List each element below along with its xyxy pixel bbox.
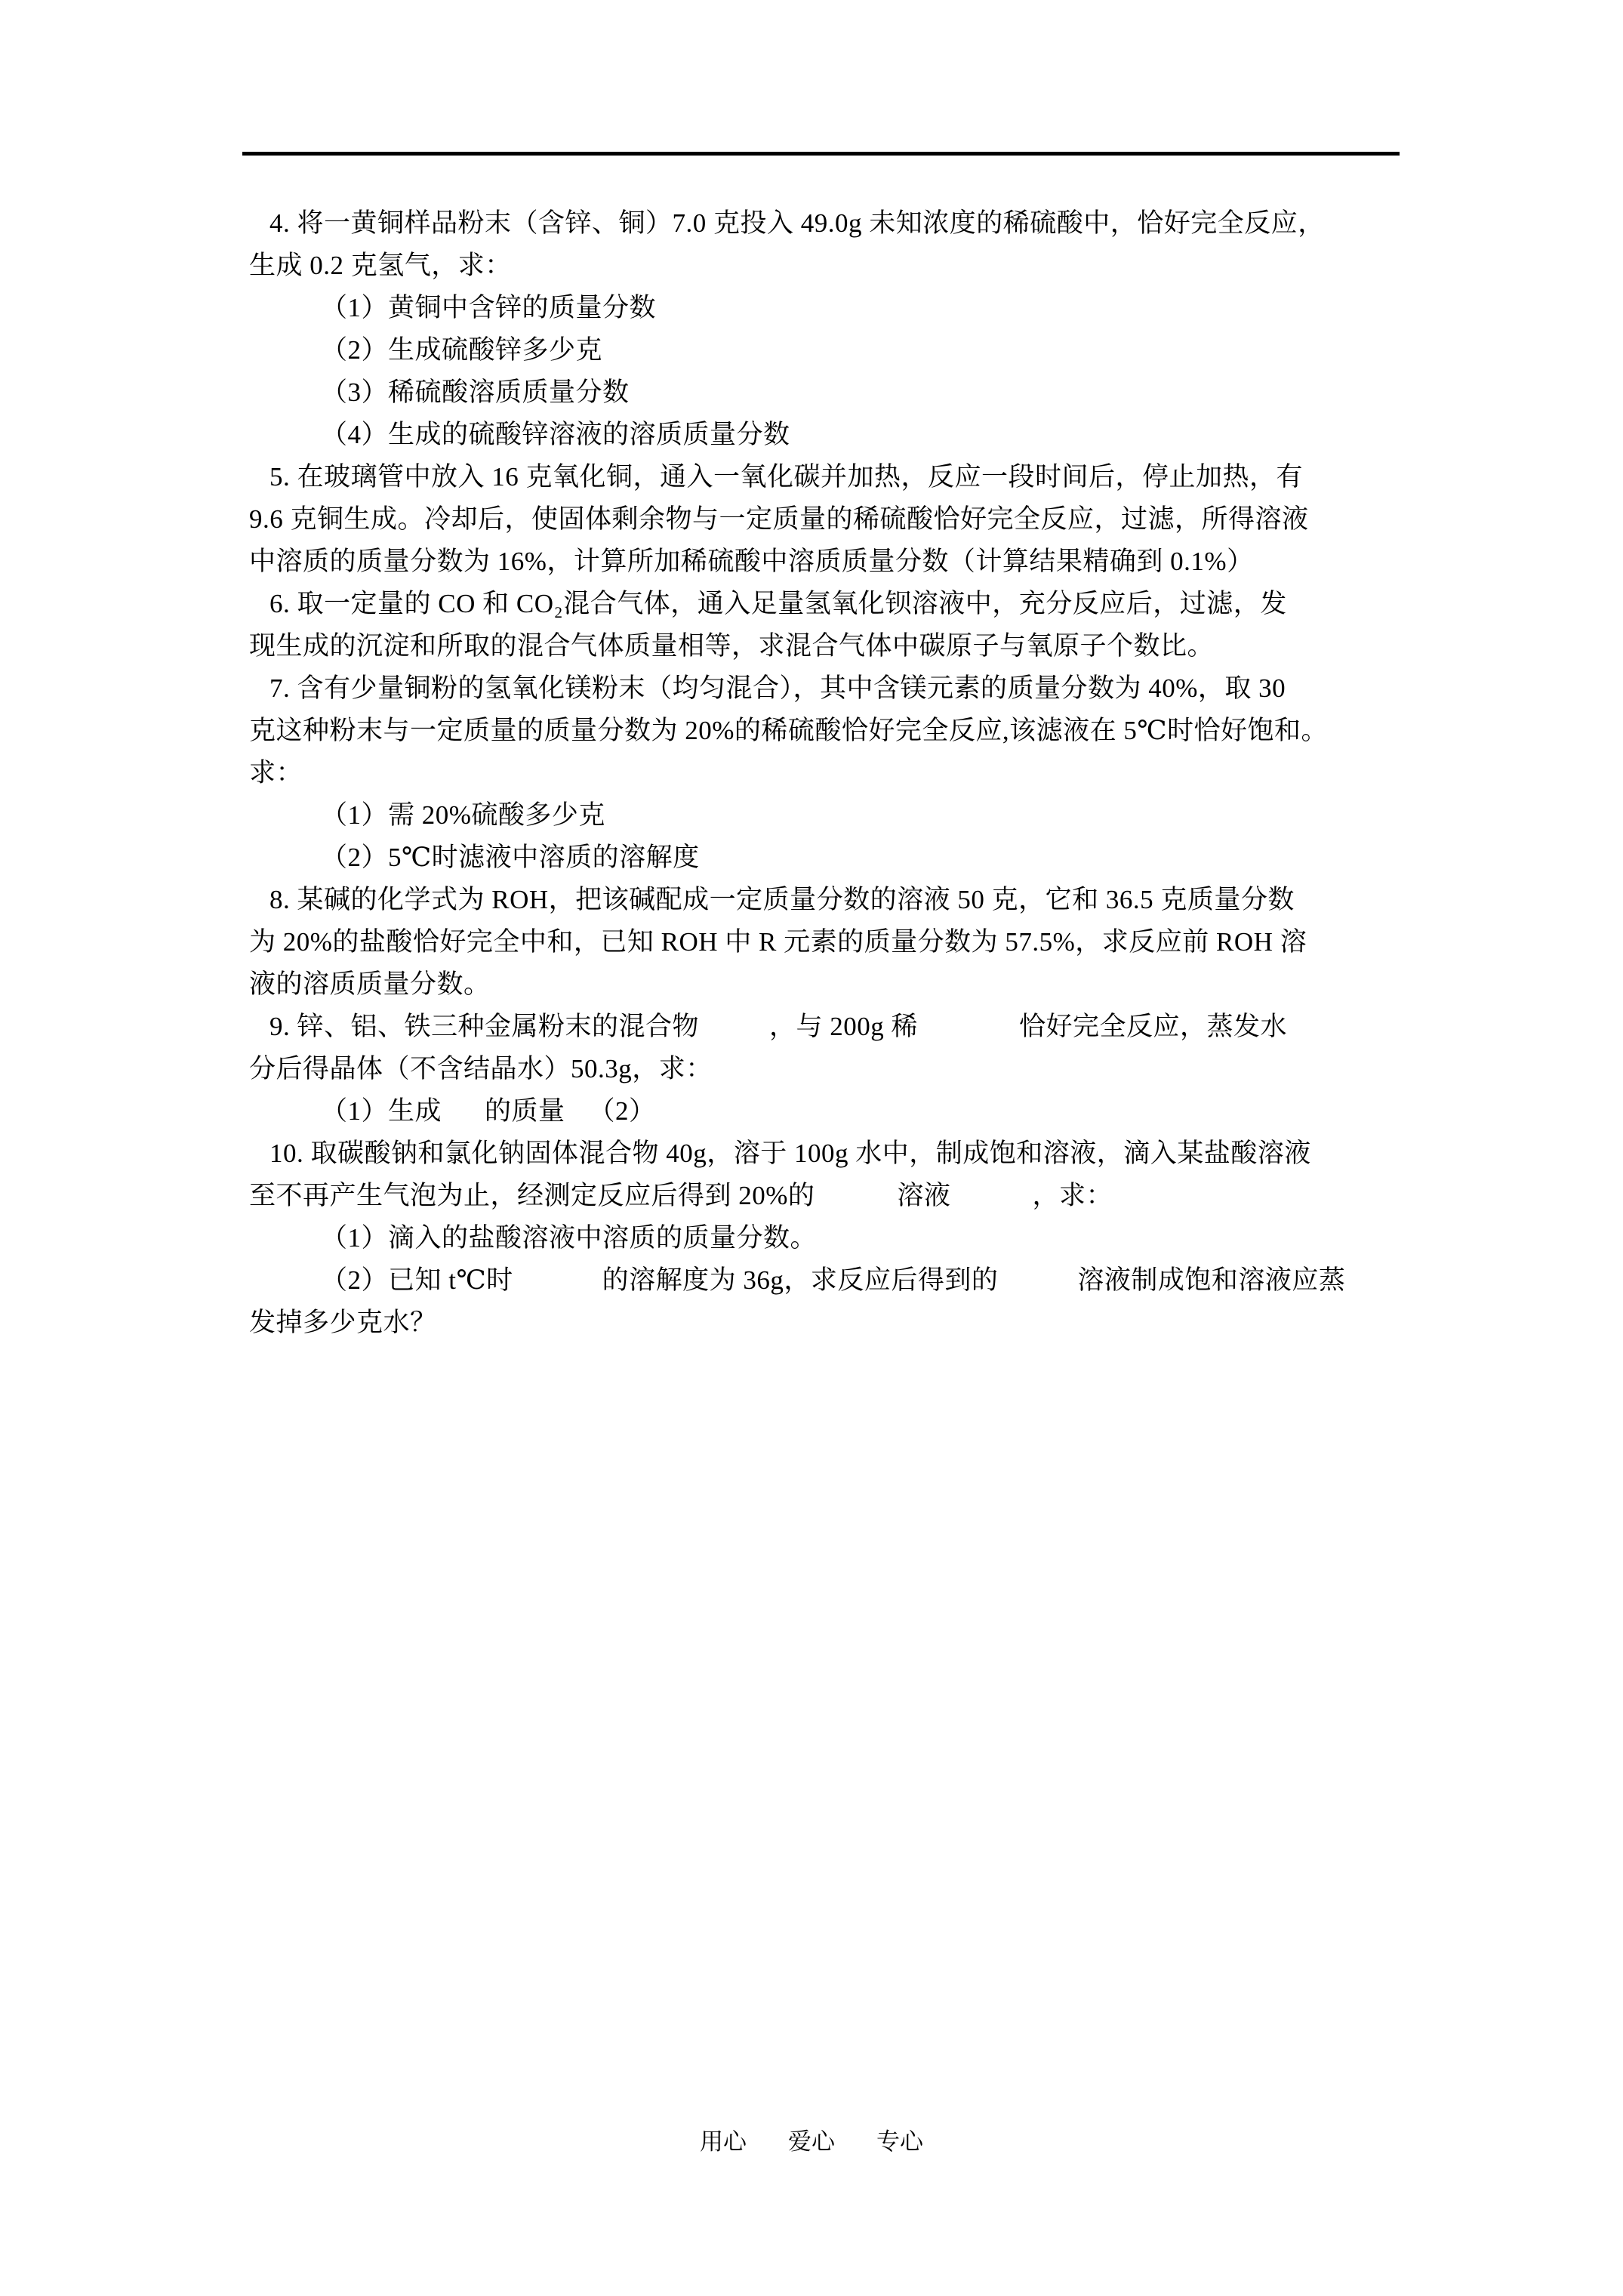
text-segment: （1）需 20%硫酸多少克	[321, 800, 605, 830]
text-segment: ，与 200g 稀	[769, 1012, 918, 1041]
text-segment: 发掉多少克水？	[249, 1308, 437, 1337]
text-segment: 为 20%的盐酸恰好完全中和，已知 ROH 中 R 元素的质量分数为 57.5%…	[249, 927, 1307, 957]
blank-gap	[699, 1034, 769, 1035]
blank-gap	[998, 1288, 1077, 1289]
blank-gap	[513, 1288, 602, 1289]
text-line-10: 6. 取一定量的 CO 和 CO₂混合气体，通入足量氢氧化钡溶液中，充分反应后，…	[249, 583, 1415, 625]
blank-gap	[918, 1034, 1019, 1035]
text-line-6: （4）生成的硫酸锌溶液的溶质质量分数	[249, 414, 1415, 456]
text-segment: 10. 取碳酸钠和氯化钠固体混合物 40g，溶于 100g 水中，制成饱和溶液，…	[269, 1139, 1311, 1168]
text-segment: （1）黄铜中含锌的质量分数	[321, 293, 656, 322]
text-segment: 至不再产生气泡为止，经测定反应后得到 20%的	[249, 1181, 815, 1210]
header-rule	[242, 152, 1400, 156]
text-line-24: 至不再产生气泡为止，经测定反应后得到 20%的溶液，求：	[249, 1175, 1415, 1217]
text-line-1: 4. 将一黄铜样品粉末（含锌、铜）7.0 克投入 49.0g 未知浓度的稀硫酸中…	[249, 202, 1415, 245]
text-segment: （4）生成的硫酸锌溶液的溶质质量分数	[321, 420, 790, 449]
text-segment: 克这种粉末与一定质量的质量分数为 20%的稀硫酸恰好完全反应,该滤液在 5℃时恰…	[249, 716, 1328, 745]
text-line-2: 生成 0.2 克氢气，求：	[249, 245, 1415, 287]
text-segment: 9.6 克铜生成。冷却后，使固体剩余物与一定质量的稀硫酸恰好完全反应，过滤，所得…	[249, 504, 1309, 534]
text-segment: 分后得晶体（不含结晶水）50.3g，求：	[249, 1054, 713, 1083]
text-line-11: 现生成的沉淀和所取的混合气体质量相等，求混合气体中碳原子与氧原子个数比。	[249, 625, 1415, 667]
text-segment: 生成 0.2 克氢气，求：	[249, 251, 512, 280]
text-segment: 9. 锌、铝、铁三种金属粉末的混合物	[269, 1012, 699, 1041]
text-segment: 4. 将一黄铜样品粉末（含锌、铜）7.0 克投入 49.0g 未知浓度的稀硫酸中…	[269, 208, 1325, 238]
text-line-27: 发掉多少克水？	[249, 1302, 1415, 1344]
document-body: 4. 将一黄铜样品粉末（含锌、铜）7.0 克投入 49.0g 未知浓度的稀硫酸中…	[249, 202, 1415, 1344]
text-segment: 7. 含有少量铜粉的氢氧化镁粉末（均匀混合），其中含镁元素的质量分数为 40%，…	[269, 673, 1286, 703]
text-line-23: 10. 取碳酸钠和氯化钠固体混合物 40g，溶于 100g 水中，制成饱和溶液，…	[249, 1133, 1415, 1175]
worksheet-page: 4. 将一黄铜样品粉末（含锌、铜）7.0 克投入 49.0g 未知浓度的稀硫酸中…	[0, 0, 1623, 2296]
text-segment: （2）	[589, 1096, 656, 1126]
text-line-22: （1）生成的质量（2）	[249, 1090, 1415, 1133]
text-line-16: （2）5℃时滤液中溶质的溶解度	[249, 837, 1415, 879]
text-segment: （1）滴入的盐酸溶液中溶质的质量分数。	[321, 1223, 817, 1253]
text-segment: 中溶质的质量分数为 16%，计算所加稀硫酸中溶质质量分数（计算结果精确到 0.1…	[249, 547, 1254, 576]
text-line-19: 液的溶质质量分数。	[249, 963, 1415, 1006]
text-line-17: 8. 某碱的化学式为 ROH，把该碱配成一定质量分数的溶液 50 克，它和 36…	[249, 879, 1415, 921]
text-line-5: （3）稀硫酸溶质质量分数	[249, 371, 1415, 414]
text-segment: （1）生成	[321, 1096, 442, 1126]
document-page: { "page": { "background_color": "#ffffff…	[0, 0, 1623, 2296]
text-segment: 液的溶质质量分数。	[249, 969, 491, 999]
text-line-21: 分后得晶体（不含结晶水）50.3g，求：	[249, 1048, 1415, 1090]
text-segment: （3）稀硫酸溶质质量分数	[321, 378, 630, 407]
text-segment: 8. 某碱的化学式为 ROH，把该碱配成一定质量分数的溶液 50 克，它和 36…	[269, 885, 1295, 914]
text-line-12: 7. 含有少量铜粉的氢氧化镁粉末（均匀混合），其中含镁元素的质量分数为 40%，…	[249, 667, 1415, 710]
footer-word-1: 用心	[700, 2127, 747, 2157]
text-segment: 6. 取一定量的 CO 和 CO₂混合气体，通入足量氢氧化钡溶液中，充分反应后，…	[269, 589, 1287, 618]
text-line-9: 中溶质的质量分数为 16%，计算所加稀硫酸中溶质质量分数（计算结果精确到 0.1…	[249, 541, 1415, 583]
blank-gap	[565, 1119, 589, 1120]
text-line-3: （1）黄铜中含锌的质量分数	[249, 287, 1415, 329]
text-segment: 溶液	[897, 1181, 950, 1210]
text-segment: （2）5℃时滤液中溶质的溶解度	[321, 843, 700, 872]
text-segment: 溶液制成饱和溶液应蒸	[1077, 1265, 1345, 1295]
text-line-4: （2）生成硫酸锌多少克	[249, 329, 1415, 371]
text-line-15: （1）需 20%硫酸多少克	[249, 794, 1415, 837]
text-segment: （2）已知 t℃时	[321, 1265, 513, 1295]
blank-gap	[442, 1119, 485, 1120]
text-line-26: （2）已知 t℃时的溶解度为 36g，求反应后得到的溶液制成饱和溶液应蒸	[249, 1259, 1415, 1302]
text-line-8: 9.6 克铜生成。冷却后，使固体剩余物与一定质量的稀硫酸恰好完全反应，过滤，所得…	[249, 498, 1415, 541]
blank-gap	[950, 1203, 1032, 1204]
text-line-14: 求：	[249, 752, 1415, 794]
text-segment: 现生成的沉淀和所取的混合气体质量相等，求混合气体中碳原子与氧原子个数比。	[249, 631, 1214, 661]
text-segment: 的质量	[485, 1096, 565, 1126]
text-segment: 求：	[249, 758, 303, 787]
text-line-25: （1）滴入的盐酸溶液中溶质的质量分数。	[249, 1217, 1415, 1259]
text-segment: （2）生成硫酸锌多少克	[321, 335, 602, 365]
text-segment: 的溶解度为 36g，求反应后得到的	[602, 1265, 999, 1295]
text-line-20: 9. 锌、铝、铁三种金属粉末的混合物，与 200g 稀恰好完全反应，蒸发水	[249, 1006, 1415, 1048]
text-segment: ，求：	[1032, 1181, 1113, 1210]
text-segment: 恰好完全反应，蒸发水	[1019, 1012, 1287, 1041]
footer-word-3: 专心	[876, 2127, 923, 2157]
text-line-13: 克这种粉末与一定质量的质量分数为 20%的稀硫酸恰好完全反应,该滤液在 5℃时恰…	[249, 710, 1415, 752]
text-segment: 5. 在玻璃管中放入 16 克氧化铜，通入一氧化碳并加热，反应一段时间后，停止加…	[269, 462, 1303, 492]
blank-gap	[815, 1203, 897, 1204]
text-line-18: 为 20%的盐酸恰好完全中和，已知 ROH 中 R 元素的质量分数为 57.5%…	[249, 921, 1415, 963]
page-footer: 用心 爱心 专心	[0, 2127, 1623, 2157]
footer-word-2: 爱心	[788, 2127, 835, 2157]
text-line-7: 5. 在玻璃管中放入 16 克氧化铜，通入一氧化碳并加热，反应一段时间后，停止加…	[249, 456, 1415, 498]
